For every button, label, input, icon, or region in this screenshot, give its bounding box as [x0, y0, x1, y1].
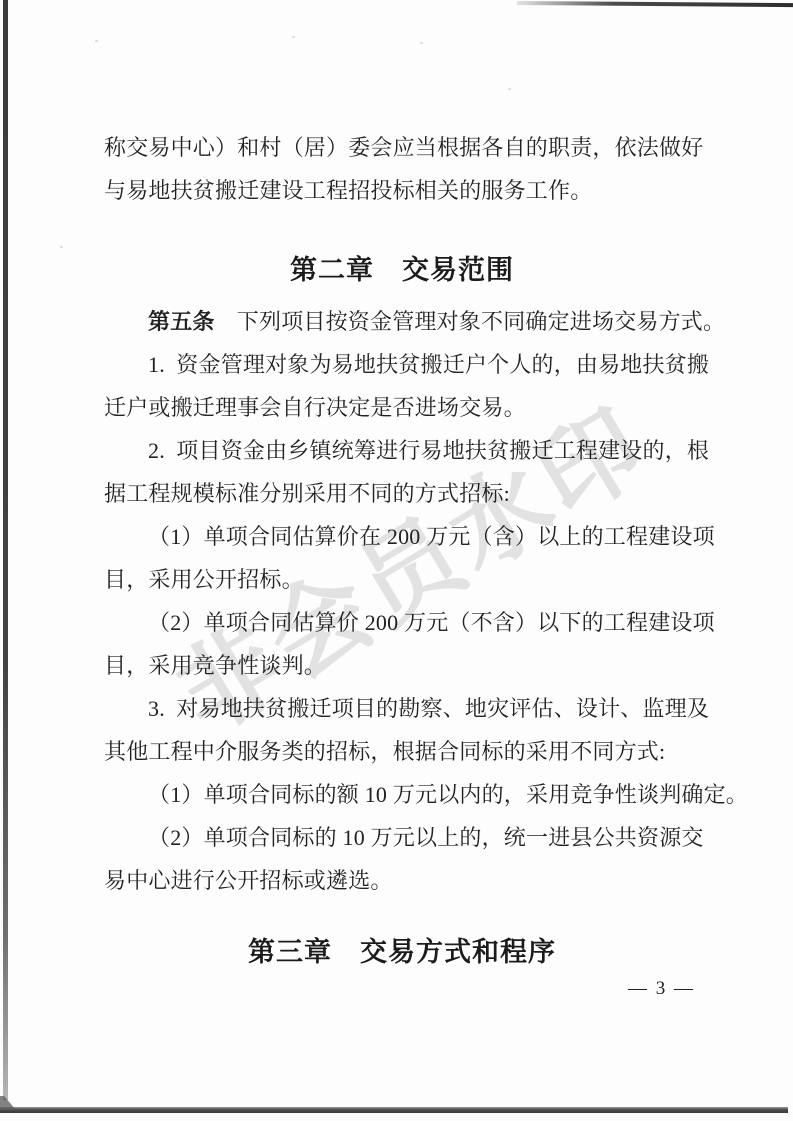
chapter-heading: 第三章 交易方式和程序	[104, 902, 700, 982]
text-line: 3. 对易地扶贫搬迁项目的勘察、地灾评估、设计、监理及	[104, 687, 700, 730]
text-line: 目，采用竞争性谈判。	[104, 644, 700, 687]
text-line: 据工程规模标准分别采用不同的方式招标:	[104, 472, 700, 515]
line-text: 下列项目按资金管理对象不同确定进场交易方式。	[215, 309, 726, 334]
article-term: 第五条	[148, 309, 215, 334]
scan-edge-corner	[0, 1096, 16, 1110]
scan-edge-top-line	[517, 1, 793, 7]
text-line: （1）单项合同标的额 10 万元以内的，采用竞争性谈判确定。	[104, 773, 700, 816]
scan-speck	[508, 88, 511, 90]
scan-speck	[95, 40, 98, 42]
text-line: 与易地扶贫搬迁建设工程招投标相关的服务工作。	[104, 169, 700, 212]
document-page: 非会员水印 称交易中心）和村（居）委会应当根据各自的职责，依法做好与易地扶贫搬迁…	[0, 0, 793, 1121]
scan-speck	[60, 246, 63, 248]
text-line: 迁户或搬迁理事会自行决定是否进场交易。	[104, 386, 700, 429]
text-line: 其他工程中介服务类的招标，根据合同标的采用不同方式:	[104, 730, 700, 773]
text-line: 称交易中心）和村（居）委会应当根据各自的职责，依法做好	[104, 126, 700, 169]
text-line: （1）单项合同估算价在 200 万元（含）以上的工程建设项	[104, 515, 700, 558]
text-line: 易中心进行公开招标或遴选。	[104, 859, 700, 902]
text-line: （2）单项合同估算价 200 万元（不含）以下的工程建设项	[104, 601, 700, 644]
scan-edge-bottom-line	[0, 1107, 788, 1113]
text-line: 2. 项目资金由乡镇统筹进行易地扶贫搬迁工程建设的，根	[104, 429, 700, 472]
text-line: （2）单项合同标的 10 万元以上的，统一进县公共资源交	[104, 816, 700, 859]
chapter-heading: 第二章 交易范围	[104, 212, 700, 300]
page-number: — 3 —	[628, 978, 695, 1000]
scan-speck	[420, 42, 423, 44]
scan-speck	[292, 36, 295, 38]
scan-edge-left-line	[3, 0, 8, 1100]
text-column: 称交易中心）和村（居）委会应当根据各自的职责，依法做好与易地扶贫搬迁建设工程招投…	[104, 126, 700, 982]
text-line: 目，采用公开招标。	[104, 558, 700, 601]
text-line: 第五条 下列项目按资金管理对象不同确定进场交易方式。	[104, 300, 700, 343]
text-line: 1. 资金管理对象为易地扶贫搬迁户个人的，由易地扶贫搬	[104, 343, 700, 386]
